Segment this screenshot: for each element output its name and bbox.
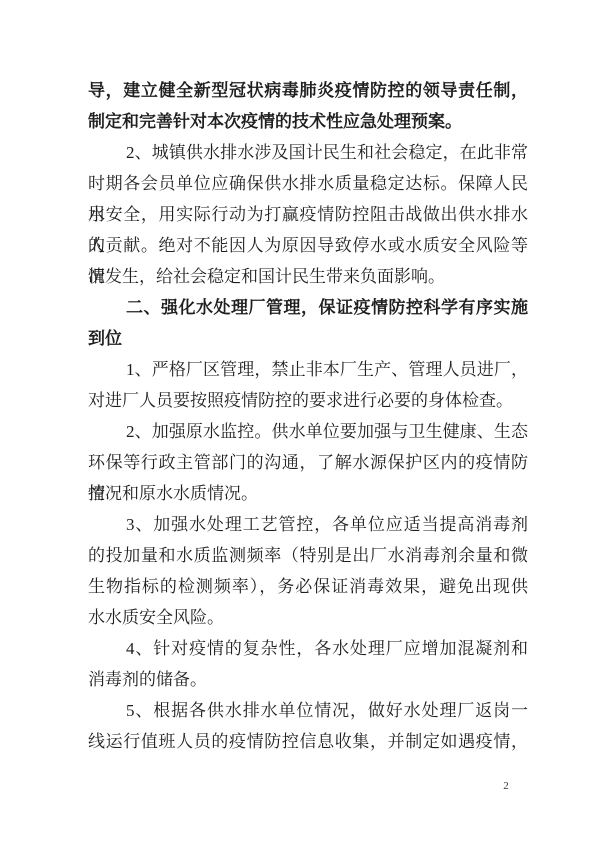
document-body: 导，建立健全新型冠状病毒肺炎疫情防控的领导责任制， 制定和完善针对本次疫情的技术… (88, 75, 528, 757)
text-line: 4、针对疫情的复杂性，各水处理厂应增加混凝剂和 (88, 633, 528, 664)
text-line: 导，建立健全新型冠状病毒肺炎疫情防控的领导责任制， (88, 75, 528, 106)
text-line: 对进厂人员要按照疫情防控的要求进行必要的身体检查。 (88, 385, 528, 416)
text-line: 时期各会员单位应确保供水排水质量稳定达标。保障人民用 (88, 168, 528, 199)
text-line: 2、城镇供水排水涉及国计民生和社会稳定，在此非常 (88, 137, 528, 168)
section-heading-line: 到位 (88, 323, 528, 354)
text-line: 消毒剂的储备。 (88, 664, 528, 695)
text-line: 的贡献。绝对不能因人为原因导致停水或水质安全风险等情 (88, 230, 528, 261)
text-line: 线运行值班人员的疫情防控信息收集，并制定如遇疫情， (88, 726, 528, 757)
text-line: 2、加强原水监控。供水单位要加强与卫生健康、生态 (88, 416, 528, 447)
text-line: 水水质安全风险。 (88, 602, 528, 633)
text-line: 的投加量和水质监测频率（特别是出厂水消毒剂余量和微 (88, 540, 528, 571)
document-page: 导，建立健全新型冠状病毒肺炎疫情防控的领导责任制， 制定和完善针对本次疫情的技术… (0, 0, 600, 848)
text-line: 水安全，用实际行动为打赢疫情防控阻击战做出供水排水人 (88, 199, 528, 230)
text-line: 3、加强水处理工艺管控，各单位应适当提高消毒剂 (88, 509, 528, 540)
page-number: 2 (498, 779, 514, 793)
section-heading-line: 二、强化水处理厂管理，保证疫情防控科学有序实施 (88, 292, 528, 323)
text-line: 生物指标的检测频率），务必保证消毒效果，避免出现供 (88, 571, 528, 602)
text-line: 制定和完善针对本次疫情的技术性应急处理预案。 (88, 106, 528, 137)
text-line: 环保等行政主管部门的沟通，了解水源保护区内的疫情防控 (88, 447, 528, 478)
text-line: 况发生，给社会稳定和国计民生带来负面影响。 (88, 261, 528, 292)
text-line: 情况和原水水质情况。 (88, 478, 528, 509)
text-line: 5、根据各供水排水单位情况，做好水处理厂返岗一 (88, 695, 528, 726)
text-line: 1、严格厂区管理，禁止非本厂生产、管理人员进厂， (88, 354, 528, 385)
